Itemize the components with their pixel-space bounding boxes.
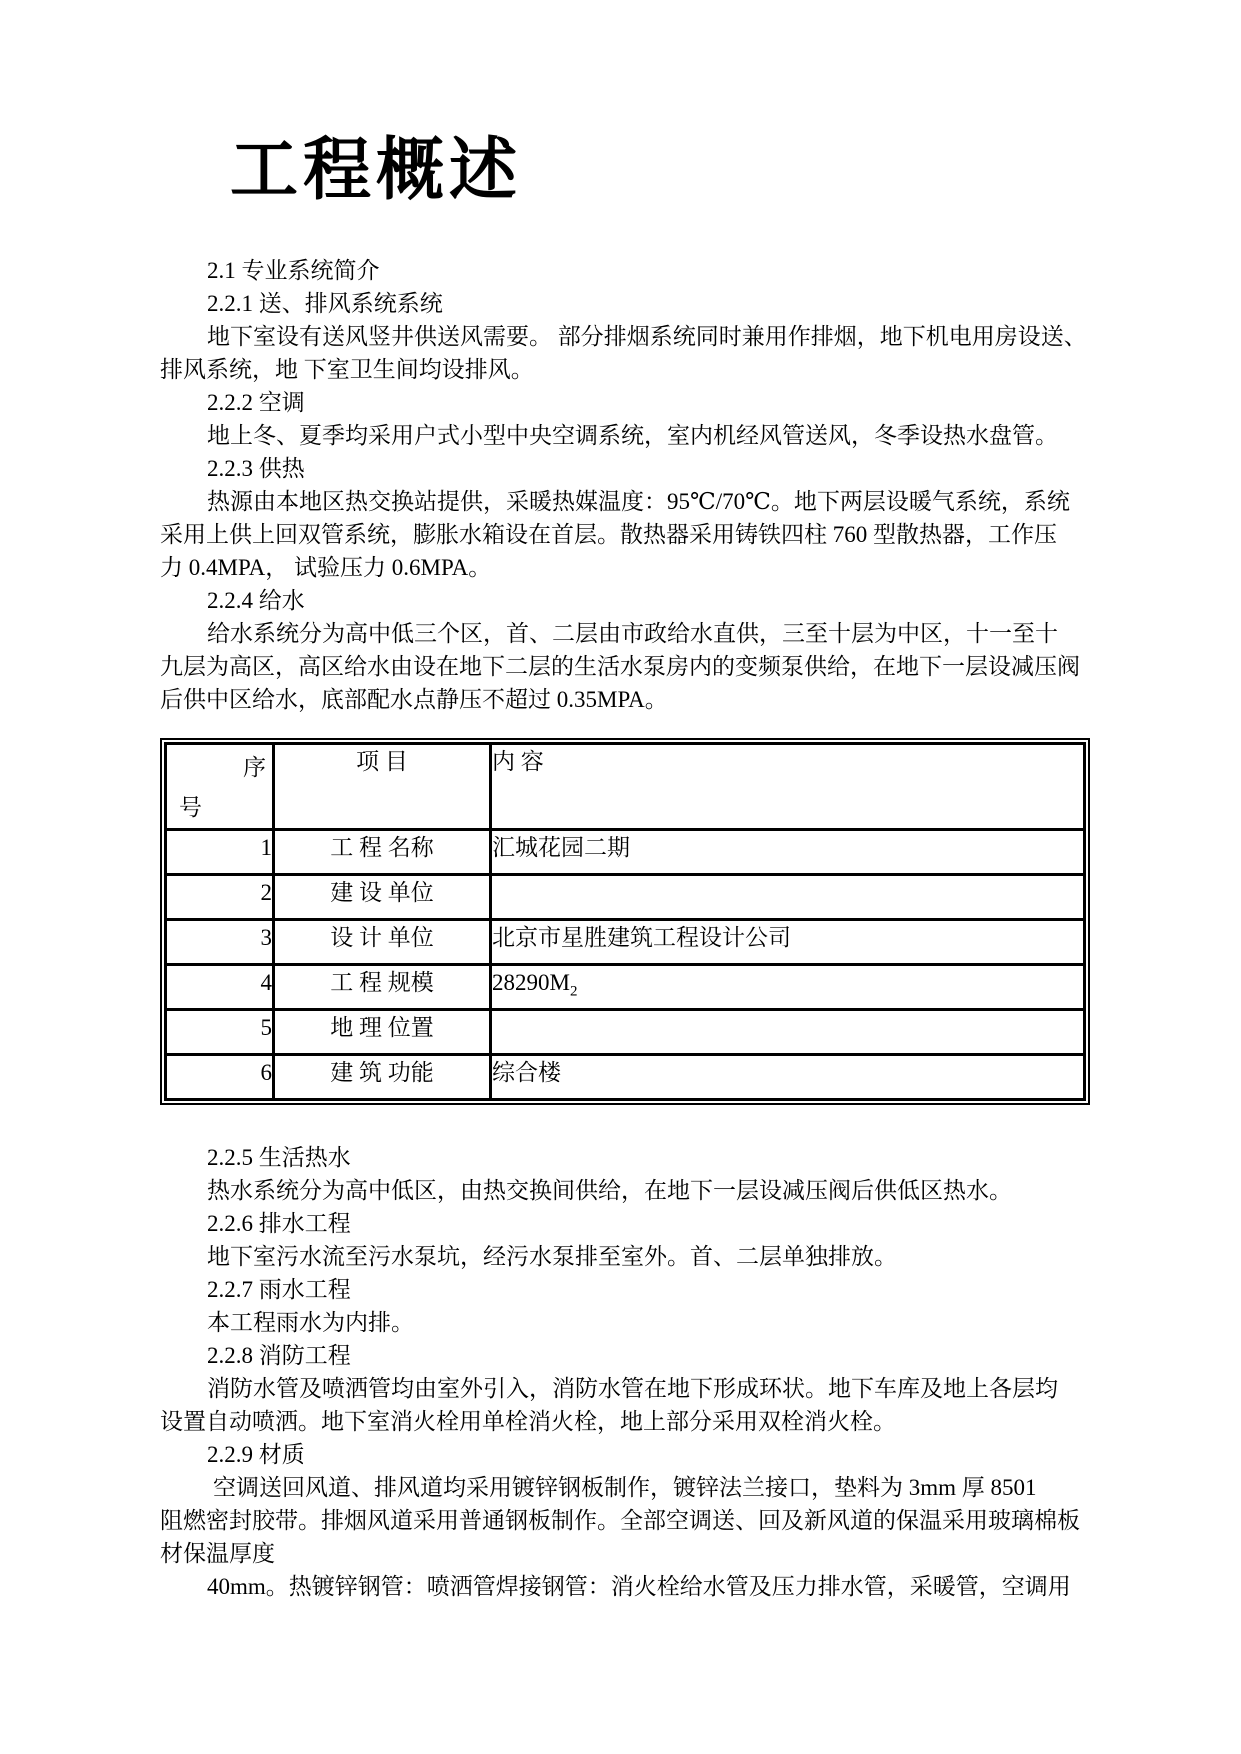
body-line: 阻燃密封胶带。排烟风道采用普通钢板制作。全部空调送、回及新风道的保温采用玻璃棉板 (160, 1504, 1090, 1537)
section-heading-2-2-3: 2.2.3 供热 (160, 452, 1090, 485)
document-page: 工程概述 2.1 专业系统简介 2.2.1 送、排风系统系统 地下室设有送风竖井… (0, 0, 1241, 1754)
section-heading-2-2-5: 2.2.5 生活热水 (160, 1141, 1090, 1174)
table-row: 3 设 计 单位 北京市星胜建筑工程设计公司 (166, 920, 1085, 965)
scale-value: 28290M (492, 970, 570, 995)
table-cell-item: 建 设 单位 (274, 875, 491, 920)
body-line: 设置自动喷洒。地下室消火栓用单栓消火栓，地上部分采用双栓消火栓。 (160, 1405, 1090, 1438)
scale-value-subscript: 2 (570, 984, 578, 1000)
table-cell-content (491, 1010, 1085, 1055)
table-cell-item: 地 理 位置 (274, 1010, 491, 1055)
table-cell-content: 汇城花园二期 (491, 830, 1085, 875)
table-cell-content: 综合楼 (491, 1055, 1085, 1100)
body-line: 40mm。热镀锌钢管：喷洒管焊接钢管：消火栓给水管及压力排水管，采暖管，空调用 (160, 1570, 1090, 1603)
table-header-row: 序 号 项 目 内 容 (166, 744, 1085, 830)
table-cell-item: 设 计 单位 (274, 920, 491, 965)
table-cell-no: 1 (166, 830, 274, 875)
table-cell-item: 工 程 规模 (274, 965, 491, 1010)
section-heading-2-2-9: 2.2.9 材质 (160, 1438, 1090, 1471)
section-heading-2-1: 2.1 专业系统简介 (160, 254, 1090, 287)
body-line: 热源由本地区热交换站提供，采暖热媒温度：95℃/70℃。地下两层设暖气系统，系统 (160, 485, 1090, 518)
page-title: 工程概述 (230, 0, 1090, 213)
table-cell-content: 北京市星胜建筑工程设计公司 (491, 920, 1085, 965)
body-line: 排风系统，地 下室卫生间均设排风。 (160, 353, 1090, 386)
body-line: 地下室设有送风竖井供送风需要。 部分排烟系统同时兼用作排烟，地下机电用房设送、 (160, 320, 1090, 353)
table-row: 2 建 设 单位 (166, 875, 1085, 920)
body-line: 后供中区给水，底部配水点静压不超过 0.35MPA。 (160, 683, 1090, 716)
table-header-content: 内 容 (491, 744, 1085, 830)
table-cell-item: 工 程 名称 (274, 830, 491, 875)
body-line: 地下室污水流至污水泵坑，经污水泵排至室外。首、二层单独排放。 (160, 1240, 1090, 1273)
table-header-no: 序 号 (166, 744, 274, 830)
table-cell-no: 5 (166, 1010, 274, 1055)
section-heading-2-2-1: 2.2.1 送、排风系统系统 (160, 287, 1090, 320)
section-heading-2-2-2: 2.2.2 空调 (160, 386, 1090, 419)
body-line: 采用上供上回双管系统，膨胀水箱设在首层。散热器采用铸铁四柱 760 型散热器，工… (160, 518, 1090, 551)
table-cell-content: 28290M2 (491, 965, 1085, 1010)
body-line: 九层为高区，高区给水由设在地下二层的生活水泵房内的变频泵供给，在地下一层设减压阀 (160, 650, 1090, 683)
body-line: 给水系统分为高中低三个区，首、二层由市政给水直供，三至十层为中区，十一至十 (160, 617, 1090, 650)
project-info-table: 序 号 项 目 内 容 1 工 程 名称 汇城花园二期 2 建 设 单位 3 设… (160, 738, 1090, 1105)
body-line: 地上冬、夏季均采用户式小型中央空调系统，室内机经风管送风，冬季设热水盘管。 (160, 419, 1090, 452)
body-line: 力 0.4MPA， 试验压力 0.6MPA。 (160, 551, 1090, 584)
body-line: 空调送回风道、排风道均采用镀锌钢板制作，镀锌法兰接口，垫料为 3mm 厚 850… (160, 1471, 1090, 1504)
body-text-block-bottom: 2.2.5 生活热水 热水系统分为高中低区，由热交换间供给，在地下一层设减压阀后… (160, 1141, 1090, 1603)
table-cell-item: 建 筑 功能 (274, 1055, 491, 1100)
body-line: 本工程雨水为内排。 (160, 1306, 1090, 1339)
table-cell-no: 2 (166, 875, 274, 920)
section-heading-2-2-4: 2.2.4 给水 (160, 584, 1090, 617)
body-line: 热水系统分为高中低区，由热交换间供给，在地下一层设减压阀后供低区热水。 (160, 1174, 1090, 1207)
body-line: 材保温厚度 (160, 1537, 1090, 1570)
section-heading-2-2-6: 2.2.6 排水工程 (160, 1207, 1090, 1240)
table-header-no-line1: 序 (167, 745, 272, 788)
table-cell-content (491, 875, 1085, 920)
body-text-block-top: 2.1 专业系统简介 2.2.1 送、排风系统系统 地下室设有送风竖井供送风需要… (160, 254, 1090, 716)
table-row: 1 工 程 名称 汇城花园二期 (166, 830, 1085, 875)
section-heading-2-2-7: 2.2.7 雨水工程 (160, 1273, 1090, 1306)
table-row: 5 地 理 位置 (166, 1010, 1085, 1055)
table-cell-no: 6 (166, 1055, 274, 1100)
body-line: 消防水管及喷洒管均由室外引入，消防水管在地下形成环状。地下车库及地上各层均 (160, 1372, 1090, 1405)
table-cell-no: 4 (166, 965, 274, 1010)
section-heading-2-2-8: 2.2.8 消防工程 (160, 1339, 1090, 1372)
table-header-no-line2: 号 (167, 788, 272, 828)
table-row: 6 建 筑 功能 综合楼 (166, 1055, 1085, 1100)
table-row: 4 工 程 规模 28290M2 (166, 965, 1085, 1010)
table-cell-no: 3 (166, 920, 274, 965)
table-header-item: 项 目 (274, 744, 491, 830)
